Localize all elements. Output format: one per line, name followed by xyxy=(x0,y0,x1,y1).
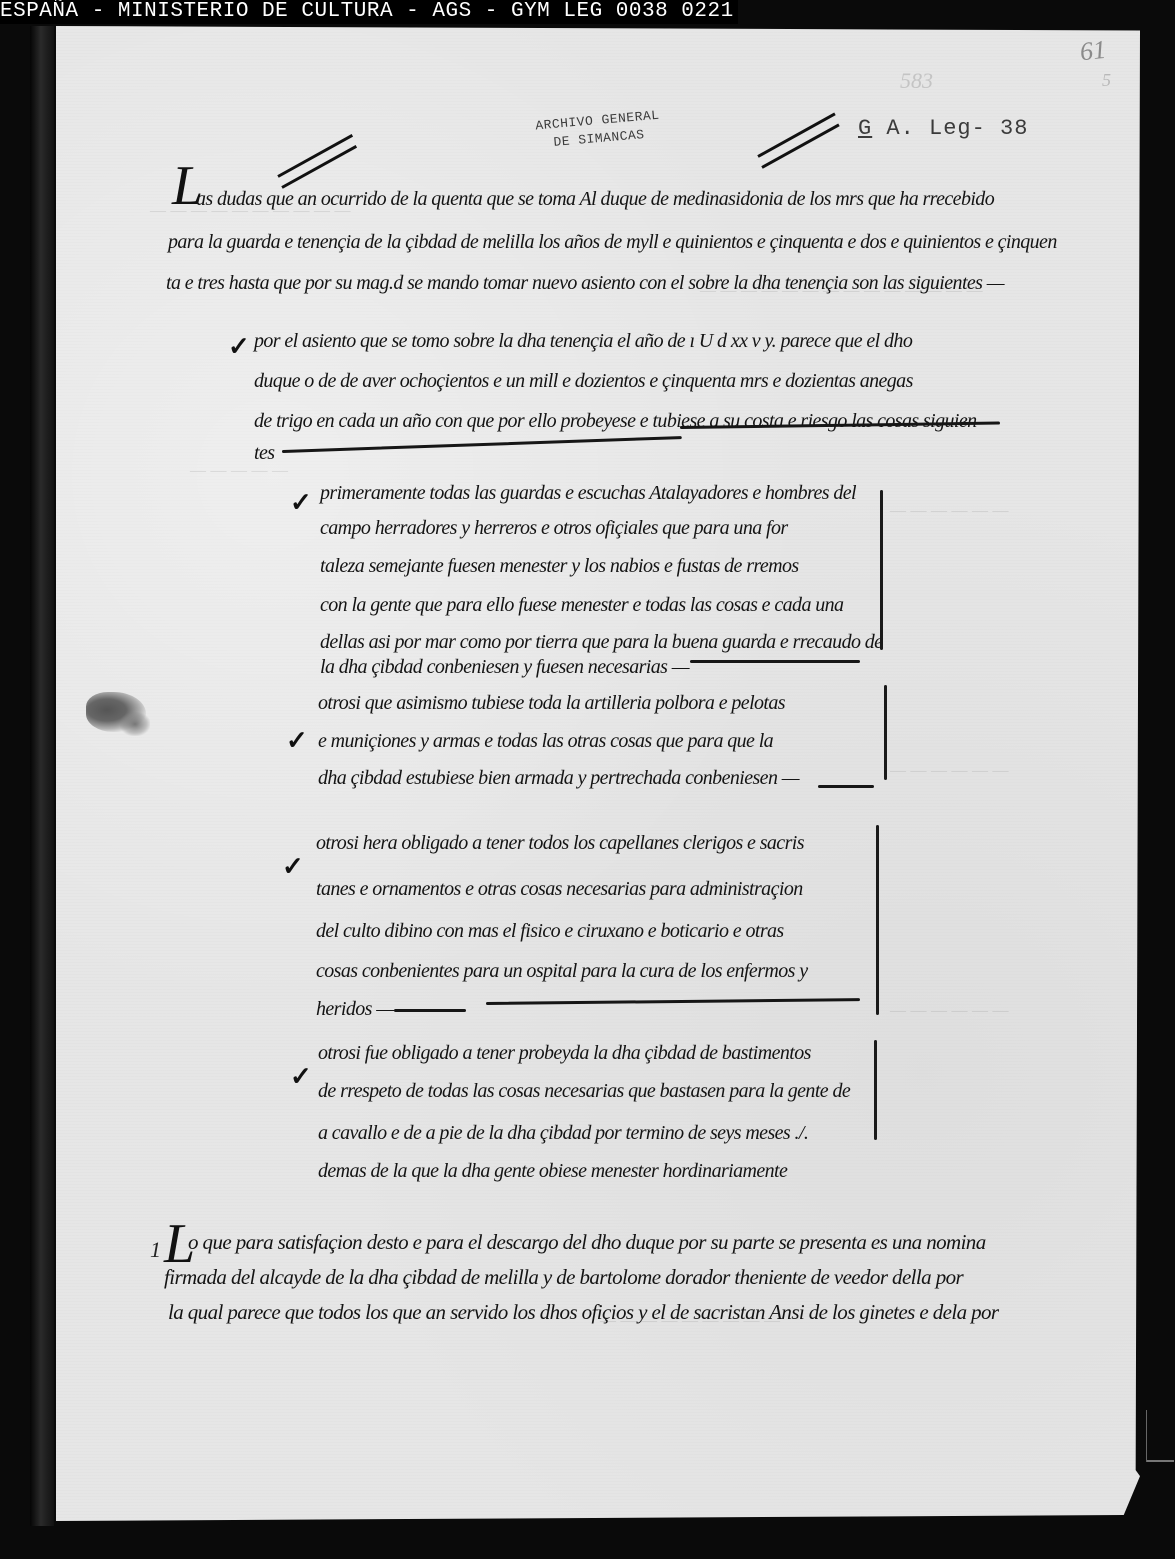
ruler-mark xyxy=(1146,1410,1147,1462)
ink-stain xyxy=(120,712,150,736)
bracket-bar xyxy=(884,685,887,780)
section-line: por el asiento que se tomo sobre la dha … xyxy=(254,330,912,353)
section-line: duque o de de aver ochoçientos e un mill… xyxy=(254,370,913,393)
margin-number: 1 xyxy=(150,1237,161,1263)
closing-line: o que para satisfaçion desto e para el d… xyxy=(188,1230,986,1255)
heading-line: as dudas que an ocurrido de la quenta qu… xyxy=(196,188,994,211)
section-line: demas de la que la dha gente obiese mene… xyxy=(318,1160,787,1183)
underline-rule xyxy=(690,660,860,663)
section-line: taleza semejante fuesen menester y los n… xyxy=(320,555,799,578)
reference-prefix: G xyxy=(858,116,872,141)
bleed-through-text: — — — — — — xyxy=(890,760,1009,781)
bracket-bar xyxy=(874,1040,877,1140)
bleed-through-text: — — — — — — xyxy=(890,500,1009,521)
legajo-reference: G A. Leg- 38 xyxy=(858,116,1028,141)
section-line: la dha çibdad conbeniesen y fuesen neces… xyxy=(320,656,689,679)
section-line: dellas asi por mar como por tierra que p… xyxy=(320,631,882,654)
underline-rule xyxy=(394,1009,466,1012)
section-line: dha çibdad estubiese bien armada y pertr… xyxy=(318,767,799,790)
section-line: primeramente todas las guardas e escucha… xyxy=(320,482,856,505)
folio-number-faint: 5 xyxy=(1102,70,1111,91)
section-line: heridos — xyxy=(316,998,393,1021)
archive-header-title: ESPAÑA - MINISTERIO DE CULTURA - AGS - G… xyxy=(0,0,734,23)
pencil-number: 583 xyxy=(900,68,933,94)
folio-number: 61 xyxy=(1079,35,1108,68)
checkmark-icon: ✓ xyxy=(290,1062,312,1092)
section-line: e muniçiones y armas e todas las otras c… xyxy=(318,730,773,753)
section-line: de rrespeto de todas las cosas necesaria… xyxy=(318,1080,850,1103)
heading-line: ta e tres hasta que por su mag.d se mand… xyxy=(166,272,1004,295)
checkmark-icon: ✓ xyxy=(228,332,250,362)
bracket-bar xyxy=(876,825,879,1015)
section-line: tanes e ornamentos e otras cosas necesar… xyxy=(316,878,803,901)
archive-header-bar: ESPAÑA - MINISTERIO DE CULTURA - AGS - G… xyxy=(0,0,738,24)
section-line: de trigo en cada un año con que por ello… xyxy=(254,410,977,433)
book-binding-edge xyxy=(30,26,54,1526)
section-line: otrosi fue obligado a tener probeyda la … xyxy=(318,1042,811,1065)
section-line: a cavallo e de a pie de la dha çibdad po… xyxy=(318,1122,808,1145)
heading-line: para la guarda e tenençia de la çibdad d… xyxy=(168,231,1057,254)
section-line: tes xyxy=(254,442,274,465)
underline-rule xyxy=(818,785,874,788)
ruler-mark xyxy=(1146,1460,1174,1462)
section-line: con la gente que para ello fuese meneste… xyxy=(320,594,843,617)
closing-line: firmada del alcayde de la dha çibdad de … xyxy=(164,1265,963,1290)
closing-line: la qual parece que todos los que an serv… xyxy=(168,1300,999,1325)
section-line: otrosi hera obligado a tener todos los c… xyxy=(316,832,804,855)
reference-text: A. Leg- 38 xyxy=(872,116,1028,141)
section-line: campo herradores y herreros e otros ofiç… xyxy=(320,517,788,540)
section-line: del culto dibino con mas el fisico e cir… xyxy=(316,920,784,943)
section-line: cosas conbenientes para un ospital para … xyxy=(316,960,808,983)
section-line: otrosi que asimismo tubiese toda la arti… xyxy=(318,692,785,715)
checkmark-icon: ✓ xyxy=(290,488,312,518)
checkmark-icon: ✓ xyxy=(282,852,304,882)
bleed-through-text: — — — — — — xyxy=(890,1000,1009,1021)
bracket-bar xyxy=(880,490,883,650)
checkmark-icon: ✓ xyxy=(286,726,308,756)
